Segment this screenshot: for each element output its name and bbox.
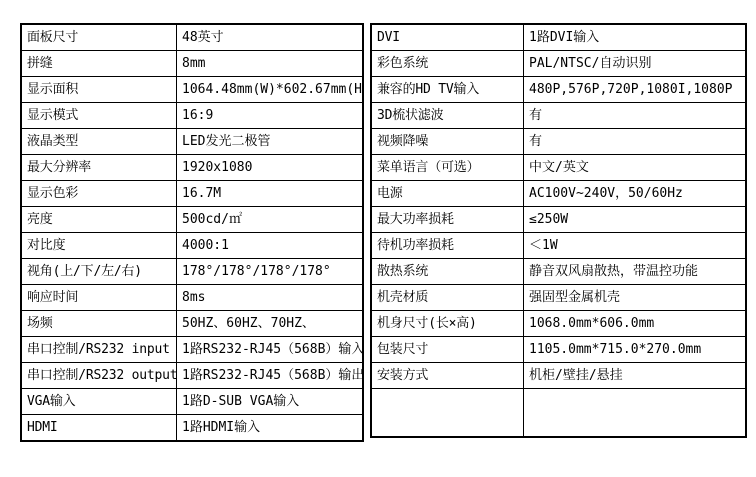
spec-label-cell: 机壳材质: [371, 285, 524, 311]
spec-label-cell: 视频降噪: [371, 129, 524, 155]
spec-label-cell: 待机功率损耗: [371, 233, 524, 259]
spec-row: 显示面积 1064.48mm(W)*602.67mm(H): [21, 77, 363, 103]
spec-label-cell: 包装尺寸: [371, 337, 524, 363]
spec-row: 兼容的HD TV输入 480P,576P,720P,1080I,1080P: [371, 77, 746, 103]
spec-row: 菜单语言（可选） 中文/英文: [371, 155, 746, 181]
spec-value-cell: 1路RS232-RJ45（568B）输入: [177, 337, 364, 363]
spec-row: HDMI 1路HDMI输入: [21, 415, 363, 442]
spec-row: 视频降噪 有: [371, 129, 746, 155]
spec-label-cell: 彩色系统: [371, 51, 524, 77]
spec-row: 最大分辨率 1920x1080: [21, 155, 363, 181]
spec-label-cell: 响应时间: [21, 285, 177, 311]
spec-label-cell: 液晶类型: [21, 129, 177, 155]
spec-value-cell: 1路RS232-RJ45（568B）输出: [177, 363, 364, 389]
spec-value-cell: 8mm: [177, 51, 364, 77]
spec-value-cell: 500cd/㎡: [177, 207, 364, 233]
spec-label-cell: 机身尺寸(长×高): [371, 311, 524, 337]
spec-row: 机身尺寸(长×高) 1068.0mm*606.0mm: [371, 311, 746, 337]
spec-row: DVI 1路DVI输入: [371, 24, 746, 51]
spec-row: VGA输入 1路D-SUB VGA输入: [21, 389, 363, 415]
spec-value-cell: 48英寸: [177, 24, 364, 51]
spec-table-left-body: 面板尺寸 48英寸 拼缝 8mm 显示面积 1064.48mm(W)*602.6…: [21, 24, 363, 441]
spec-label-cell: 场频: [21, 311, 177, 337]
spec-value-cell: 1105.0mm*715.0*270.0mm: [524, 337, 747, 363]
spec-table-right-body: DVI 1路DVI输入 彩色系统 PAL/NTSC/自动识别 兼容的HD TV输…: [371, 24, 746, 437]
spec-label-cell: 散热系统: [371, 259, 524, 285]
spec-table-right: DVI 1路DVI输入 彩色系统 PAL/NTSC/自动识别 兼容的HD TV输…: [370, 23, 747, 438]
spec-row: 散热系统 静音双风扇散热，带温控功能: [371, 259, 746, 285]
spec-label-cell: [371, 389, 524, 438]
spec-sheet: 面板尺寸 48英寸 拼缝 8mm 显示面积 1064.48mm(W)*602.6…: [0, 0, 756, 477]
spec-row: 显示模式 16:9: [21, 103, 363, 129]
spec-row: [371, 389, 746, 438]
spec-row: 安装方式 机柜/壁挂/悬挂: [371, 363, 746, 389]
spec-value-cell: 16:9: [177, 103, 364, 129]
spec-label-cell: 3D梳状滤波: [371, 103, 524, 129]
spec-label-cell: VGA输入: [21, 389, 177, 415]
spec-value-cell: AC100V~240V，50/60Hz: [524, 181, 747, 207]
spec-label-cell: 对比度: [21, 233, 177, 259]
spec-value-cell: 1路HDMI输入: [177, 415, 364, 442]
spec-row: 亮度 500cd/㎡: [21, 207, 363, 233]
spec-value-cell: [524, 389, 747, 438]
spec-row: 彩色系统 PAL/NTSC/自动识别: [371, 51, 746, 77]
spec-table-left: 面板尺寸 48英寸 拼缝 8mm 显示面积 1064.48mm(W)*602.6…: [20, 23, 364, 442]
spec-value-cell: 有: [524, 103, 747, 129]
spec-label-cell: 串口控制/RS232 input: [21, 337, 177, 363]
spec-value-cell: 480P,576P,720P,1080I,1080P: [524, 77, 747, 103]
spec-label-cell: DVI: [371, 24, 524, 51]
spec-label-cell: 亮度: [21, 207, 177, 233]
spec-row: 对比度 4000:1: [21, 233, 363, 259]
spec-row: 场频 50HZ、60HZ、70HZ、: [21, 311, 363, 337]
spec-value-cell: 机柜/壁挂/悬挂: [524, 363, 747, 389]
spec-value-cell: 16.7M: [177, 181, 364, 207]
spec-row: 机壳材质 强固型金属机壳: [371, 285, 746, 311]
spec-label-cell: 显示面积: [21, 77, 177, 103]
spec-label-cell: 串口控制/RS232 output: [21, 363, 177, 389]
spec-label-cell: 最大功率损耗: [371, 207, 524, 233]
spec-value-cell: 1路D-SUB VGA输入: [177, 389, 364, 415]
spec-row: 液晶类型 LED发光二极管: [21, 129, 363, 155]
spec-row: 面板尺寸 48英寸: [21, 24, 363, 51]
spec-row: 显示色彩 16.7M: [21, 181, 363, 207]
spec-label-cell: HDMI: [21, 415, 177, 442]
spec-label-cell: 菜单语言（可选）: [371, 155, 524, 181]
spec-row: 串口控制/RS232 input 1路RS232-RJ45（568B）输入: [21, 337, 363, 363]
spec-label-cell: 显示色彩: [21, 181, 177, 207]
spec-value-cell: PAL/NTSC/自动识别: [524, 51, 747, 77]
spec-label-cell: 视角(上/下/左/右): [21, 259, 177, 285]
spec-value-cell: 50HZ、60HZ、70HZ、: [177, 311, 364, 337]
spec-value-cell: 1920x1080: [177, 155, 364, 181]
spec-value-cell: ≤250W: [524, 207, 747, 233]
spec-label-cell: 显示模式: [21, 103, 177, 129]
spec-value-cell: 178°/178°/178°/178°: [177, 259, 364, 285]
spec-value-cell: 强固型金属机壳: [524, 285, 747, 311]
spec-row: 电源 AC100V~240V，50/60Hz: [371, 181, 746, 207]
spec-value-cell: 8ms: [177, 285, 364, 311]
spec-value-cell: LED发光二极管: [177, 129, 364, 155]
spec-row: 待机功率损耗 ＜1W: [371, 233, 746, 259]
spec-label-cell: 电源: [371, 181, 524, 207]
spec-value-cell: 1068.0mm*606.0mm: [524, 311, 747, 337]
spec-value-cell: 静音双风扇散热，带温控功能: [524, 259, 747, 285]
spec-row: 3D梳状滤波 有: [371, 103, 746, 129]
spec-row: 视角(上/下/左/右) 178°/178°/178°/178°: [21, 259, 363, 285]
spec-label-cell: 兼容的HD TV输入: [371, 77, 524, 103]
spec-value-cell: 1064.48mm(W)*602.67mm(H): [177, 77, 364, 103]
spec-label-cell: 最大分辨率: [21, 155, 177, 181]
spec-row: 响应时间 8ms: [21, 285, 363, 311]
spec-value-cell: 有: [524, 129, 747, 155]
spec-value-cell: 1路DVI输入: [524, 24, 747, 51]
spec-row: 拼缝 8mm: [21, 51, 363, 77]
spec-row: 包装尺寸 1105.0mm*715.0*270.0mm: [371, 337, 746, 363]
spec-label-cell: 拼缝: [21, 51, 177, 77]
spec-value-cell: 中文/英文: [524, 155, 747, 181]
spec-value-cell: ＜1W: [524, 233, 747, 259]
spec-label-cell: 面板尺寸: [21, 24, 177, 51]
spec-label-cell: 安装方式: [371, 363, 524, 389]
spec-row: 最大功率损耗 ≤250W: [371, 207, 746, 233]
spec-row: 串口控制/RS232 output 1路RS232-RJ45（568B）输出: [21, 363, 363, 389]
spec-value-cell: 4000:1: [177, 233, 364, 259]
